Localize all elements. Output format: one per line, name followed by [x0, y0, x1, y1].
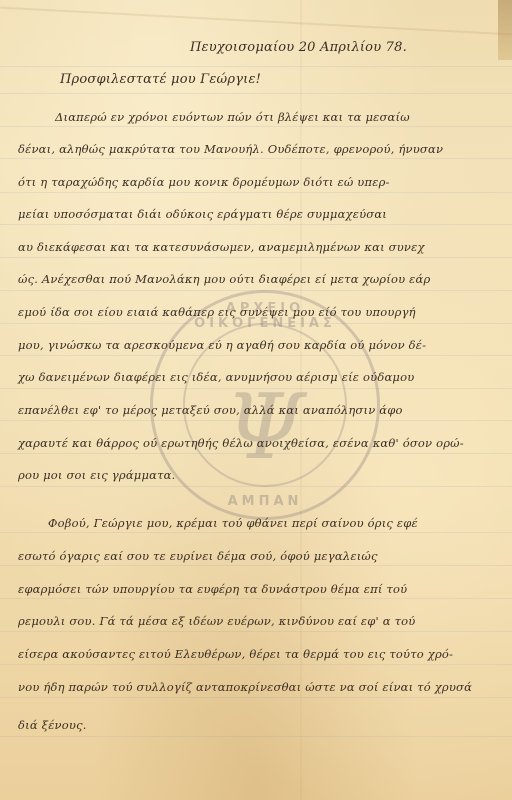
letter-line: Φοβού, Γεώργιε μου, κρέμαι τού φθάνει πε… [48, 516, 418, 530]
letter-paper: ΑΡΧΕΙΟ ΟΙΚΟΓΕΝΕΙΑΣ Ψ ΑΜΠΑΝ Πευχοισομαίου… [0, 0, 512, 800]
ruled-line [0, 697, 512, 698]
paper-crease [0, 7, 511, 36]
letter-line: ώς. Ανέχεσθαι πού Μανολάκη μου ούτι διαφ… [18, 272, 430, 286]
ruled-line [0, 598, 512, 599]
letter-line: είσερα ακούσαντες ειτού Ελευθέρων, θέρει… [18, 647, 453, 661]
letter-line: χαραυτέ και θάρρος ού ερωτηθής θέλω ανοι… [18, 436, 464, 450]
ruled-line [0, 565, 512, 566]
letter-line: ρεμουλι σου. Γά τά μέσα εξ ιδέων ευέρων,… [18, 614, 415, 628]
ruled-line [0, 631, 512, 632]
letter-line: εφαρμόσει τών υπουργίου τα ευφέρη τα δυν… [18, 582, 407, 596]
letter-line: επανέλθει εφ' το μέρος μεταξεύ σου, αλλά… [18, 403, 403, 417]
ruled-line [0, 93, 512, 94]
ruled-line [0, 66, 512, 67]
ruled-line [0, 224, 512, 225]
letter-dateline: Πευχοισομαίου 20 Απριλίου 78. [190, 40, 407, 55]
ruled-line [0, 126, 512, 127]
letter-line: Διαπερώ εν χρόνοι ευόντων πών ότι βλέψει… [55, 110, 410, 124]
letter-line: διά ξένους. [18, 718, 87, 732]
stamp-bottom-text: ΑΜΠΑΝ [153, 494, 377, 509]
letter-line: εμού ίδα σοι είου ειαιά καθάπερ εις συνέ… [18, 305, 416, 319]
ruled-line [0, 736, 512, 737]
letter-line: ρου μοι σοι εις γράμματα. [18, 468, 176, 482]
ruled-line [0, 257, 512, 258]
stamp-monogram: Ψ [185, 375, 345, 480]
letter-line: μείαι υποσόσμαται διάι οδύκοις εράγματι … [18, 207, 387, 221]
ruled-line [0, 532, 512, 533]
ruled-line [0, 192, 512, 193]
letter-salutation: Προσφιλεστατέ μου Γεώργιε! [60, 72, 261, 87]
letter-line: χω δανειμένων διαφέρει εις ιδέα, ανυμνήσ… [18, 370, 414, 384]
ruled-line [0, 664, 512, 665]
letter-line: μου, γινώσκω τα αρεσκούμενα εύ η αγαθή σ… [18, 338, 426, 352]
letter-line: νου ήδη παρών τού συλλογίζ ανταποκρίνεσθ… [18, 680, 472, 694]
ruled-line [0, 158, 512, 159]
letter-line: εσωτό όγαρις εαί σου τε ευρίνει δέμα σού… [18, 549, 378, 563]
letter-line: αυ διεκάφεσαι και τα κατεσυνάσωμεν, αναμ… [18, 240, 425, 254]
letter-line: δέναι, αληθώς μακρύτατα του Μανουήλ. Ουδ… [18, 142, 443, 156]
letter-line: ότι η ταραχώδης καρδία μου κονικ δρομέυμ… [18, 175, 390, 189]
paper-corner-fold [498, 0, 512, 60]
